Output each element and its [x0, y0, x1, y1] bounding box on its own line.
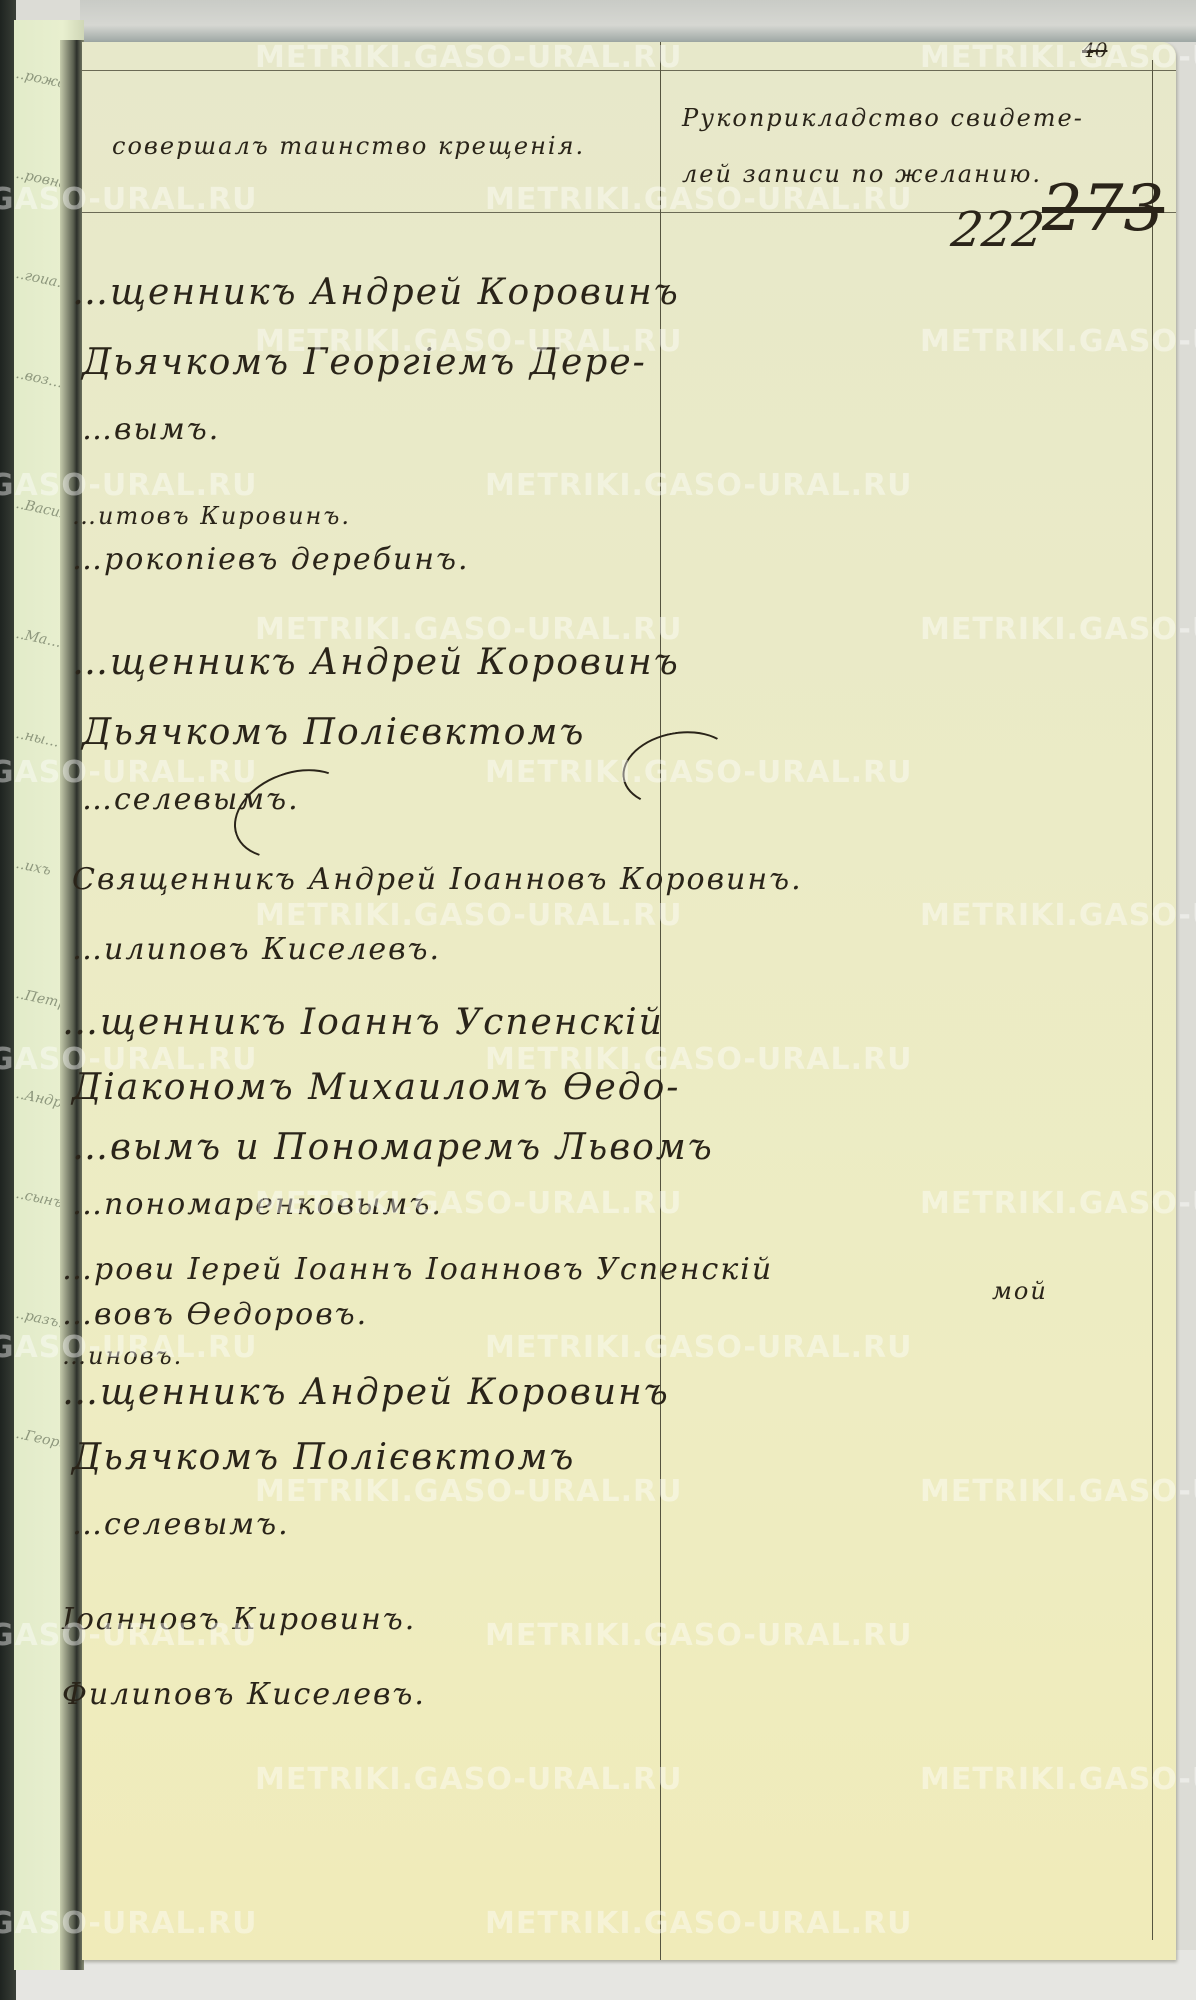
- entry-5-line-3: …вымъ и Пономаремъ Львомъ: [72, 1127, 714, 1168]
- entry-5-line-4: …пономаренковымъ.: [72, 1187, 443, 1222]
- entry-5-line-2: Діакономъ Михаиломъ Өедо-: [72, 1067, 680, 1108]
- right-column-note: мой: [992, 1277, 1048, 1305]
- right-margin-rule: [1152, 60, 1153, 1940]
- left-column-header: совершалъ таинство крещенія.: [112, 132, 585, 160]
- entry-4-line-1: Священникъ Андрей Іоанновъ Коровинъ.: [72, 862, 803, 897]
- entry-7-line-1: …иновъ.: [62, 1342, 183, 1370]
- scanner-background-top: [80, 0, 1196, 42]
- entry-2-line-2: …рокопіевъ деребинъ.: [72, 542, 470, 577]
- entry-6-line-2: …вовъ Өедоровъ.: [62, 1297, 368, 1332]
- entry-6-line-1: …рови Іерей Іоаннъ Іоанновъ Успенскій: [62, 1252, 773, 1287]
- signature-flourish: [221, 753, 366, 874]
- document-page: 40 совершалъ таинство крещенія. Рукоприк…: [82, 42, 1176, 1960]
- signature-flourish: [616, 723, 741, 816]
- page-number-old: 273: [1042, 172, 1164, 246]
- entry-3-line-2: Дьячкомъ Полієвктомъ: [82, 712, 585, 753]
- entry-1-line-1: …щенникъ Андрей Коровинъ: [72, 272, 680, 313]
- entry-7-line-4: …селевымъ.: [72, 1507, 290, 1542]
- entry-3-line-1: …щенникъ Андрей Коровинъ: [72, 642, 680, 683]
- entry-7-line-2: …щенникъ Андрей Коровинъ: [62, 1372, 670, 1413]
- entry-1-line-3: …вымъ.: [82, 412, 220, 447]
- entry-8-line-1: Іоанновъ Кировинъ.: [62, 1602, 416, 1637]
- right-column-header-line-1: Рукоприкладство свидете-: [682, 104, 1084, 132]
- folio-number: 40: [1082, 38, 1107, 62]
- entry-5-line-1: …щенникъ Іоаннъ Успенскій: [62, 1002, 664, 1043]
- column-divider: [660, 42, 661, 1960]
- entry-8-line-2: Филиповъ Киселевъ.: [62, 1677, 426, 1712]
- entry-4-line-2: …илиповъ Киселевъ.: [72, 932, 441, 967]
- right-column-header-line-2: лей записи по желанию.: [682, 160, 1042, 188]
- entry-7-line-3: Дьячкомъ Полієвктомъ: [72, 1437, 575, 1478]
- page-number-new: 222: [948, 202, 1047, 258]
- entry-1-line-2: Дьячкомъ Георгіемъ Дере-: [82, 342, 647, 383]
- entry-2-line-1: …итовъ Кировинъ.: [72, 502, 351, 530]
- top-rule: [82, 70, 1176, 71]
